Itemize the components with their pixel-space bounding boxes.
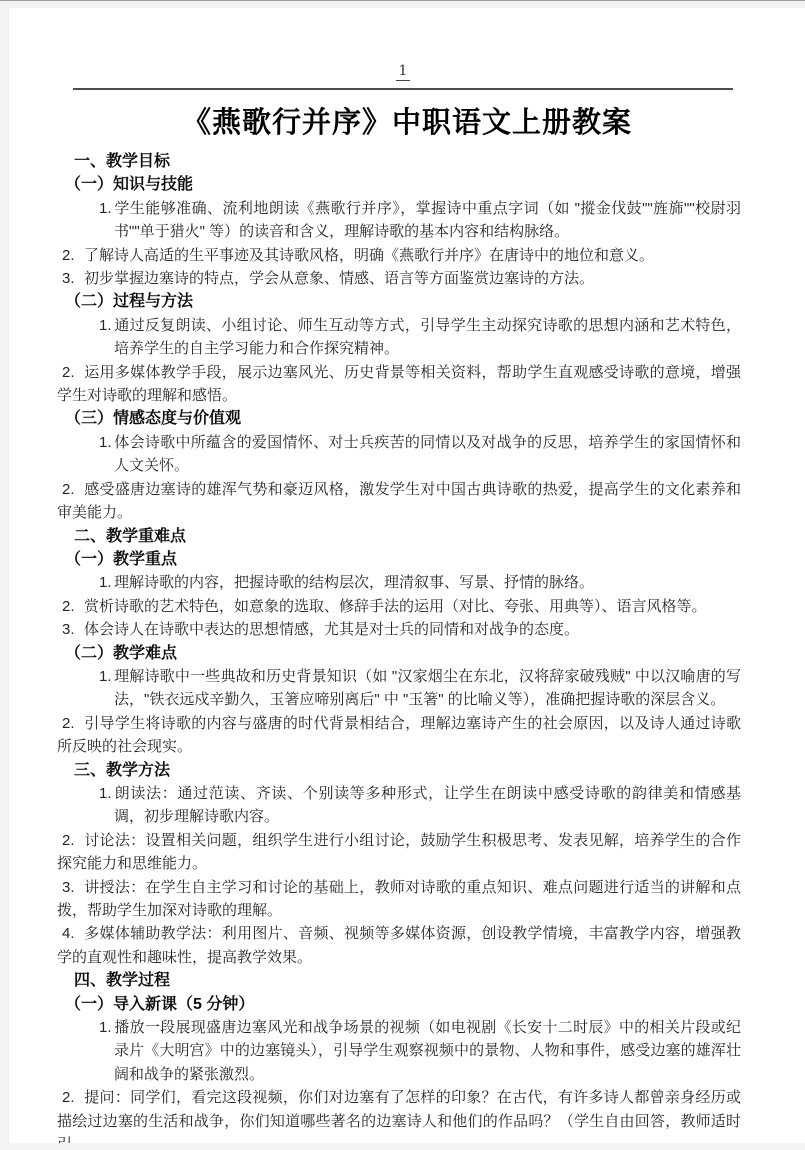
- list-item: 2.赏析诗歌的艺术特色，如意象的选取、修辞手法的运用（对比、夸张、用典等）、语言…: [57, 595, 741, 618]
- list-item: 2.引导学生将诗歌的内容与盛唐的时代背景相结合，理解边塞诗产生的社会原因，以及诗…: [57, 712, 741, 759]
- list-item: 2.运用多媒体教学手段，展示边塞风光、历史背景等相关资料，帮助学生直观感受诗歌的…: [57, 361, 741, 408]
- paragraph-text: 播放一段展现盛唐边塞风光和战争场景的视频（如电视剧《长安十二时辰》中的相关片段或…: [114, 1019, 741, 1083]
- heading: （二）教学难点: [57, 642, 741, 665]
- paragraph-text: 了解诗人高适的生平事迹及其诗歌风格，明确《燕歌行并序》在唐诗中的地位和意义。: [84, 247, 654, 264]
- list-item: 1.播放一段展现盛唐边塞风光和战争场景的视频（如电视剧《长安十二时辰》中的相关片…: [57, 1016, 741, 1086]
- paragraph-text: 体会诗歌中所蕴含的爱国情怀、对士兵疾苦的同情以及对战争的反思，培养学生的家国情怀…: [114, 434, 741, 474]
- paragraph-text: 讨论法：设置相关问题，组织学生进行小组讨论，鼓励学生积极思考、发表见解，培养学生…: [57, 832, 741, 872]
- paragraph-text: 三、教学方法: [74, 762, 170, 779]
- list-number: 2.: [57, 712, 84, 735]
- heading: （三）情感态度与价值观: [57, 407, 741, 430]
- list-number: 4.: [57, 922, 84, 945]
- paragraph-text: 学生能够准确、流利地朗读《燕歌行并序》，掌握诗中重点字词（如 "摐金伐鼓""旌旆…: [114, 200, 741, 240]
- heading: 三、教学方法: [57, 759, 741, 782]
- paragraph-text: 一、教学目标: [74, 153, 170, 170]
- paragraph-text: 通过反复朗读、小组讨论、师生互动等方式，引导学生主动探究诗歌的思想内涵和艺术特色…: [114, 317, 741, 357]
- paragraph-text: （一）导入新课（5 分钟）: [65, 996, 254, 1013]
- list-item: 1.学生能够准确、流利地朗读《燕歌行并序》，掌握诗中重点字词（如 "摐金伐鼓""…: [57, 197, 741, 244]
- list-number: 2.: [57, 595, 84, 618]
- paragraph-text: 引导学生将诗歌的内容与盛唐的时代背景相结合，理解边塞诗产生的社会原因，以及诗人通…: [57, 715, 741, 755]
- page-header: 1: [73, 8, 733, 90]
- paragraph-text: 四、教学过程: [74, 972, 170, 989]
- list-number: 2.: [57, 244, 84, 267]
- list-item: 1.朗读法：通过范读、齐读、个别读等多种形式，让学生在朗读中感受诗歌的韵律美和情…: [57, 782, 741, 829]
- list-number: 1.: [99, 665, 114, 688]
- paragraph-text: （二）教学难点: [65, 645, 177, 662]
- list-number: 2.: [57, 478, 84, 501]
- heading: （一）教学重点: [57, 548, 741, 571]
- document-title: 《燕歌行并序》中职语文上册教案: [33, 104, 781, 142]
- list-item: 4.多媒体辅助教学法：利用图片、音频、视频等多媒体资源，创设教学情境，丰富教学内…: [57, 922, 741, 969]
- document-page: 1 《燕歌行并序》中职语文上册教案 一、教学目标（一）知识与技能1.学生能够准确…: [8, 8, 805, 1143]
- heading: 一、教学目标: [57, 150, 741, 173]
- list-number: 1.: [99, 314, 114, 337]
- paragraph-text: 提问：同学们，看完这段视频，你们对边塞有了怎样的印象？在古代，有许多诗人都曾亲身…: [57, 1089, 741, 1143]
- list-number: 1.: [99, 197, 114, 220]
- paragraph-text: 理解诗歌中一些典故和历史背景知识（如 "汉家烟尘在东北，汉将辞家破残贼" 中以汉…: [114, 668, 741, 708]
- paragraph-text: 感受盛唐边塞诗的雄浑气势和豪迈风格，激发学生对中国古典诗歌的热爱，提高学生的文化…: [57, 481, 741, 521]
- list-number: 3.: [57, 618, 84, 641]
- list-item: 2.感受盛唐边塞诗的雄浑气势和豪迈风格，激发学生对中国古典诗歌的热爱，提高学生的…: [57, 478, 741, 525]
- list-item: 1.体会诗歌中所蕴含的爱国情怀、对士兵疾苦的同情以及对战争的反思，培养学生的家国…: [57, 431, 741, 478]
- heading: 四、教学过程: [57, 969, 741, 992]
- list-item: 2.了解诗人高适的生平事迹及其诗歌风格，明确《燕歌行并序》在唐诗中的地位和意义。: [57, 244, 741, 267]
- paragraph-text: 体会诗人在诗歌中表达的思想情感，尤其是对士兵的同情和对战争的态度。: [84, 621, 579, 638]
- list-item: 2.提问：同学们，看完这段视频，你们对边塞有了怎样的印象？在古代，有许多诗人都曾…: [57, 1086, 741, 1143]
- heading: 二、教学重难点: [57, 525, 741, 548]
- paragraph-text: 运用多媒体教学手段，展示边塞风光、历史背景等相关资料，帮助学生直观感受诗歌的意境…: [57, 364, 741, 404]
- list-item: 1.理解诗歌中一些典故和历史背景知识（如 "汉家烟尘在东北，汉将辞家破残贼" 中…: [57, 665, 741, 712]
- paragraph-text: （三）情感态度与价值观: [65, 410, 241, 427]
- list-item: 3.讲授法：在学生自主学习和讨论的基础上，教师对诗歌的重点知识、难点问题进行适当…: [57, 876, 741, 923]
- paragraph-text: 二、教学重难点: [74, 528, 186, 545]
- paragraph-text: （一）知识与技能: [65, 176, 193, 193]
- heading: （一）导入新课（5 分钟）: [57, 993, 741, 1016]
- paragraph-text: 讲授法：在学生自主学习和讨论的基础上，教师对诗歌的重点知识、难点问题进行适当的讲…: [57, 879, 741, 919]
- list-item: 3.体会诗人在诗歌中表达的思想情感，尤其是对士兵的同情和对战争的态度。: [57, 618, 741, 641]
- list-number: 2.: [57, 1086, 84, 1109]
- paragraph-text: 赏析诗歌的艺术特色，如意象的选取、修辞手法的运用（对比、夸张、用典等）、语言风格…: [84, 598, 707, 615]
- list-number: 2.: [57, 361, 84, 384]
- paragraph-text: 朗读法：通过范读、齐读、个别读等多种形式，让学生在朗读中感受诗歌的韵律美和情感基…: [114, 785, 741, 825]
- list-number: 1.: [99, 571, 114, 594]
- paragraph-text: 理解诗歌的内容，把握诗歌的结构层次，理清叙事、写景、抒情的脉络。: [114, 574, 594, 591]
- list-number: 3.: [57, 267, 84, 290]
- document-viewer[interactable]: 1 《燕歌行并序》中职语文上册教案 一、教学目标（一）知识与技能1.学生能够准确…: [0, 0, 805, 1150]
- list-number: 1.: [99, 1016, 114, 1039]
- list-item: 3.初步掌握边塞诗的特点，学会从意象、情感、语言等方面鉴赏边塞诗的方法。: [57, 267, 741, 290]
- page-number: 1: [396, 63, 411, 81]
- list-item: 1.通过反复朗读、小组讨论、师生互动等方式，引导学生主动探究诗歌的思想内涵和艺术…: [57, 314, 741, 361]
- list-number: 1.: [99, 782, 114, 805]
- document-body: 一、教学目标（一）知识与技能1.学生能够准确、流利地朗读《燕歌行并序》，掌握诗中…: [57, 150, 741, 1143]
- list-number: 3.: [57, 876, 84, 899]
- paragraph-text: （二）过程与方法: [65, 293, 193, 310]
- paragraph-text: 多媒体辅助教学法：利用图片、音频、视频等多媒体资源，创设教学情境，丰富教学内容，…: [57, 925, 741, 965]
- heading: （一）知识与技能: [57, 173, 741, 196]
- paragraph-text: 初步掌握边塞诗的特点，学会从意象、情感、语言等方面鉴赏边塞诗的方法。: [84, 270, 594, 287]
- list-number: 2.: [57, 829, 84, 852]
- list-number: 1.: [99, 431, 114, 454]
- list-item: 1.理解诗歌的内容，把握诗歌的结构层次，理清叙事、写景、抒情的脉络。: [57, 571, 741, 594]
- heading: （二）过程与方法: [57, 290, 741, 313]
- paragraph-text: （一）教学重点: [65, 551, 177, 568]
- list-item: 2.讨论法：设置相关问题，组织学生进行小组讨论，鼓励学生积极思考、发表见解，培养…: [57, 829, 741, 876]
